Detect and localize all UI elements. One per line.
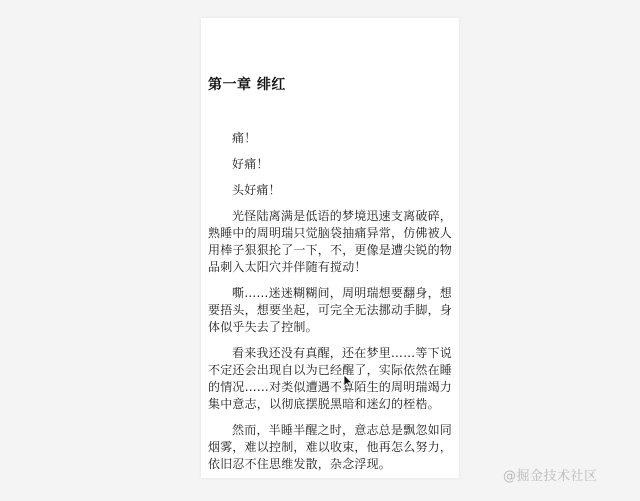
paragraph: 好痛！ bbox=[208, 156, 452, 173]
watermark: @掘金技术社区 bbox=[503, 465, 598, 484]
paragraph: 头好痛！ bbox=[208, 182, 452, 199]
paragraph: 嘶……迷迷糊糊间，周明瑞想要翻身，想要捂头，想要坐起，可完全无法挪动手脚，身体似… bbox=[208, 285, 452, 336]
paragraph: 看来我还没有真醒，还在梦里……等下说不定还会出现自以为已经醒了，实际依然在睡的情… bbox=[208, 345, 452, 413]
chapter-title: 第一章 绯红 bbox=[208, 74, 286, 94]
paragraph: 痛！ bbox=[208, 130, 452, 147]
chapter-body: 痛！ 好痛！ 头好痛！ 光怪陆离满是低语的梦境迅速支离破碎，熟睡中的周明瑞只觉脑… bbox=[208, 130, 452, 478]
mouse-pointer-icon bbox=[343, 373, 353, 387]
app-stage: 第一章 绯红 痛！ 好痛！ 头好痛！ 光怪陆离满是低语的梦境迅速支离破碎，熟睡中… bbox=[0, 0, 640, 501]
paragraph: 光怪陆离满是低语的梦境迅速支离破碎，熟睡中的周明瑞只觉脑袋抽痛异常，仿佛被人用棒… bbox=[208, 208, 452, 276]
reader-page[interactable]: 第一章 绯红 痛！ 好痛！ 头好痛！ 光怪陆离满是低语的梦境迅速支离破碎，熟睡中… bbox=[201, 18, 459, 478]
paragraph: 然而，半睡半醒之时，意志总是飘忽如同烟雾，难以控制，难以收束，他再怎么努力，依旧… bbox=[208, 422, 452, 473]
